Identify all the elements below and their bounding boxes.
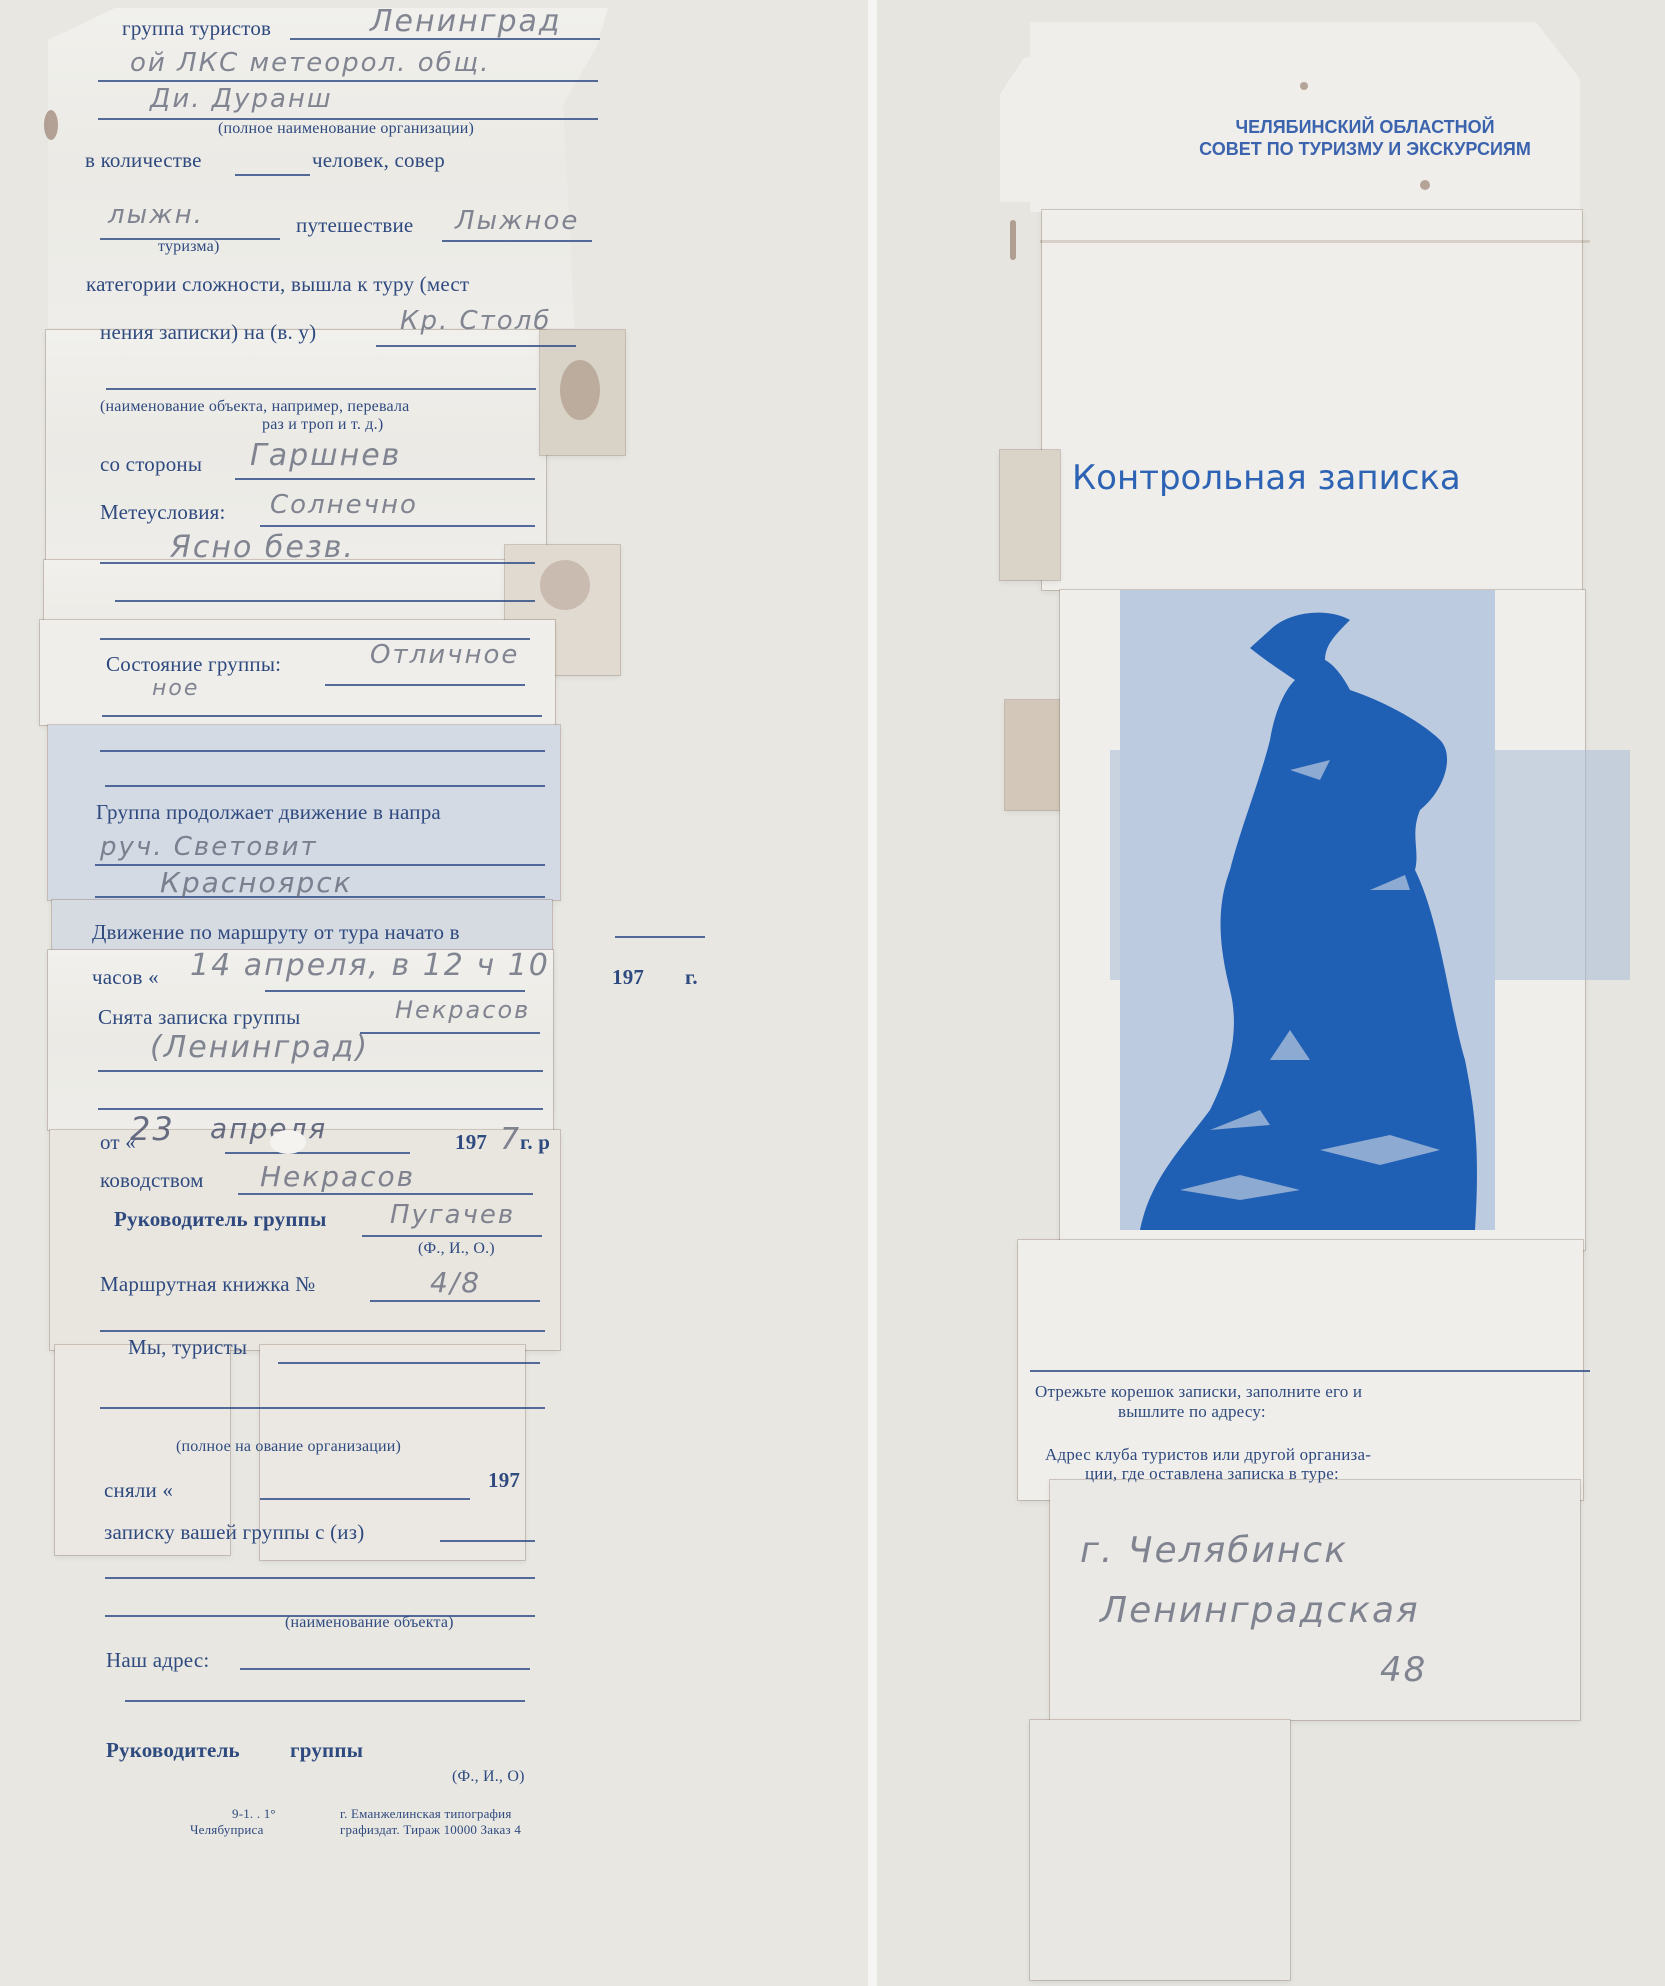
hint-object: (наименование объекта, например, перевал… (100, 398, 409, 416)
label-note-place: нения записки) на (в. у) (100, 320, 316, 345)
field-line (278, 1362, 540, 1364)
label-our-address: Наш адрес: (106, 1648, 209, 1673)
field-line (325, 684, 525, 686)
label-leader-2: Руководитель (106, 1738, 240, 1763)
label-group-2: группы (290, 1738, 363, 1763)
field-line (360, 1032, 540, 1034)
printer-line-1: г. Еманжелинская типография (340, 1806, 512, 1822)
council-header: ЧЕЛЯБИНСКИЙ ОБЛАСТНОЙ СОВЕТ ПО ТУРИЗМУ И… (1140, 116, 1590, 160)
field-line (235, 174, 310, 176)
fold-stain (1040, 240, 1590, 243)
field-line (100, 1407, 545, 1409)
handwriting-note-date-month: апреля (210, 1112, 327, 1145)
handwriting-note-date-day: 23 (130, 1110, 175, 1148)
label-journey: путешествие (296, 213, 413, 238)
stub-instruction-1: Отрежьте корешок записки, заполните его … (1035, 1382, 1362, 1402)
stub-instruction-2: вышлите по адресу: (1118, 1402, 1266, 1422)
label-removed: сняли « (104, 1478, 173, 1503)
handwriting-leader-name-1: Некрасов (260, 1160, 415, 1193)
label-leadership: ководством (100, 1168, 204, 1193)
field-line (260, 1498, 470, 1500)
tourist-statue-icon (1120, 590, 1495, 1230)
year-prefix-3: 197 (488, 1468, 520, 1493)
field-line (225, 1152, 410, 1154)
field-line (362, 1235, 542, 1237)
handwriting-group-state-1: Отличное (370, 640, 519, 670)
council-header-line-2: СОВЕТ ПО ТУРИЗМУ И ЭКСКУРСИЯМ (1140, 138, 1590, 160)
handwriting-weather-1: Солнечно (270, 490, 418, 520)
hint-org-full-name: (полное наименование организации) (218, 120, 474, 138)
field-line (376, 345, 576, 347)
year-prefix-1: 197 (612, 965, 644, 990)
label-route-start: Движение по маршруту от тура начато в (92, 920, 460, 945)
hint-org-full-name-2: (полное на ование организации) (176, 1438, 401, 1456)
field-line (98, 80, 598, 82)
handwriting-note-taken-by-2: (Ленинград) (150, 1030, 369, 1065)
handwriting-tourism-kind: лыжн. (108, 200, 204, 230)
handwriting-direction-2: Красноярск (160, 866, 353, 899)
field-line (98, 1070, 543, 1072)
field-line (235, 478, 535, 480)
field-line (440, 1540, 535, 1542)
handwriting-note-taken-by-1: Некрасов (395, 996, 530, 1024)
field-line (115, 600, 535, 602)
label-group-leader: Руководитель группы (114, 1207, 327, 1232)
stain (1420, 180, 1430, 190)
field-line (615, 936, 705, 938)
handwriting-leader-name-2: Пугачев (390, 1200, 515, 1230)
stain (1010, 220, 1016, 260)
cut-line (1030, 1370, 1590, 1372)
field-line (100, 750, 545, 752)
printer-city: Челябуприса (190, 1822, 264, 1838)
torn-flap-right-2 (1005, 700, 1065, 810)
stain (540, 560, 590, 610)
torn-flap-right-1 (1000, 450, 1060, 580)
field-line (100, 1330, 545, 1332)
field-line (238, 1193, 533, 1195)
paper-fragment-bottom (1030, 1720, 1290, 1980)
field-line (105, 1577, 535, 1579)
label-your-group-note: записку вашей группы с (из) (104, 1520, 364, 1545)
label-hours: часов « (92, 965, 159, 990)
handwriting-from-side: Гаршнев (250, 438, 401, 473)
year-suffix-1: г. (685, 965, 698, 990)
label-group-state: Состояние группы: (106, 652, 281, 677)
handwriting-weather-2: Ясно безв. (170, 530, 355, 565)
field-line (125, 1700, 525, 1702)
stain (560, 360, 600, 420)
label-persons: человек, совер (312, 148, 445, 173)
hint-object-2: раз и троп и т. д.) (262, 416, 383, 434)
handwriting-group-name-3: Ди. Дуранш (150, 84, 333, 114)
stub-address-1: Адрес клуба туристов или другой организа… (1045, 1445, 1371, 1465)
printer-line-2: графиздат. Тираж 10000 Заказ 4 (340, 1822, 521, 1838)
field-line (265, 990, 525, 992)
handwritten-address-1: г. Челябинск (1080, 1530, 1348, 1571)
hint-fio: (Ф., И., О.) (418, 1240, 495, 1258)
label-from-side: со стороны (100, 452, 202, 477)
field-line (260, 525, 535, 527)
field-line (105, 785, 545, 787)
label-note-taken: Снята записка группы (98, 1005, 300, 1030)
hint-fio-2: (Ф., И., О) (452, 1768, 525, 1786)
label-quantity: в количестве (85, 148, 202, 173)
label-group-of-tourists: группа туристов (122, 16, 271, 41)
year-prefix-2: 197 (455, 1130, 487, 1155)
handwriting-note-year-digit: 7 (500, 1122, 521, 1157)
field-line (102, 715, 542, 717)
hint-object-name: (наименование объекта) (285, 1614, 454, 1632)
label-weather: Метеусловия: (100, 500, 226, 525)
field-line (442, 240, 592, 242)
paper-fragment-middle (1042, 210, 1582, 590)
handwritten-address-3: 48 (1380, 1650, 1427, 1690)
council-header-line-1: ЧЕЛЯБИНСКИЙ ОБЛАСТНОЙ (1140, 116, 1590, 138)
label-we-tourists: Мы, туристы (128, 1335, 247, 1360)
handwriting-group-state-2: ное (152, 676, 199, 701)
handwritten-address-2: Ленинградская (1100, 1590, 1420, 1631)
illustration-panel (1120, 590, 1495, 1230)
handwriting-start-date: 14 апреля, в 12 ч 10 (190, 948, 550, 983)
stain (1300, 82, 1308, 90)
field-line (370, 1300, 540, 1302)
handwriting-route-book-no: 4/8 (430, 1266, 481, 1299)
handwriting-group-name-2: ой ЛКС метеорол. общ. (130, 48, 490, 78)
label-difficulty: категории сложности, вышла к туру (мест (86, 272, 469, 297)
document-title: Контрольная записка (1072, 458, 1461, 498)
photo-divider (868, 0, 877, 1986)
hole (270, 1130, 306, 1154)
handwriting-journey-kind: Лыжное (455, 206, 579, 236)
handwriting-tour-place: Кр. Столб (400, 306, 551, 336)
handwriting-group-name-1: Ленинград (370, 4, 562, 39)
stub-address-2: ции, где оставлена записка в туре: (1085, 1464, 1339, 1484)
year-suffix-2: г. р (520, 1130, 550, 1155)
handwriting-direction-1: руч. Световит (100, 832, 318, 862)
stain (44, 110, 58, 140)
hint-tourism: туризма) (158, 238, 219, 256)
field-line (106, 388, 536, 390)
label-group-continues: Группа продолжает движение в напра (96, 800, 441, 825)
printer-code: 9-1. . 1° (232, 1806, 276, 1822)
field-line (240, 1668, 530, 1670)
label-route-book: Маршрутная книжка № (100, 1272, 316, 1297)
